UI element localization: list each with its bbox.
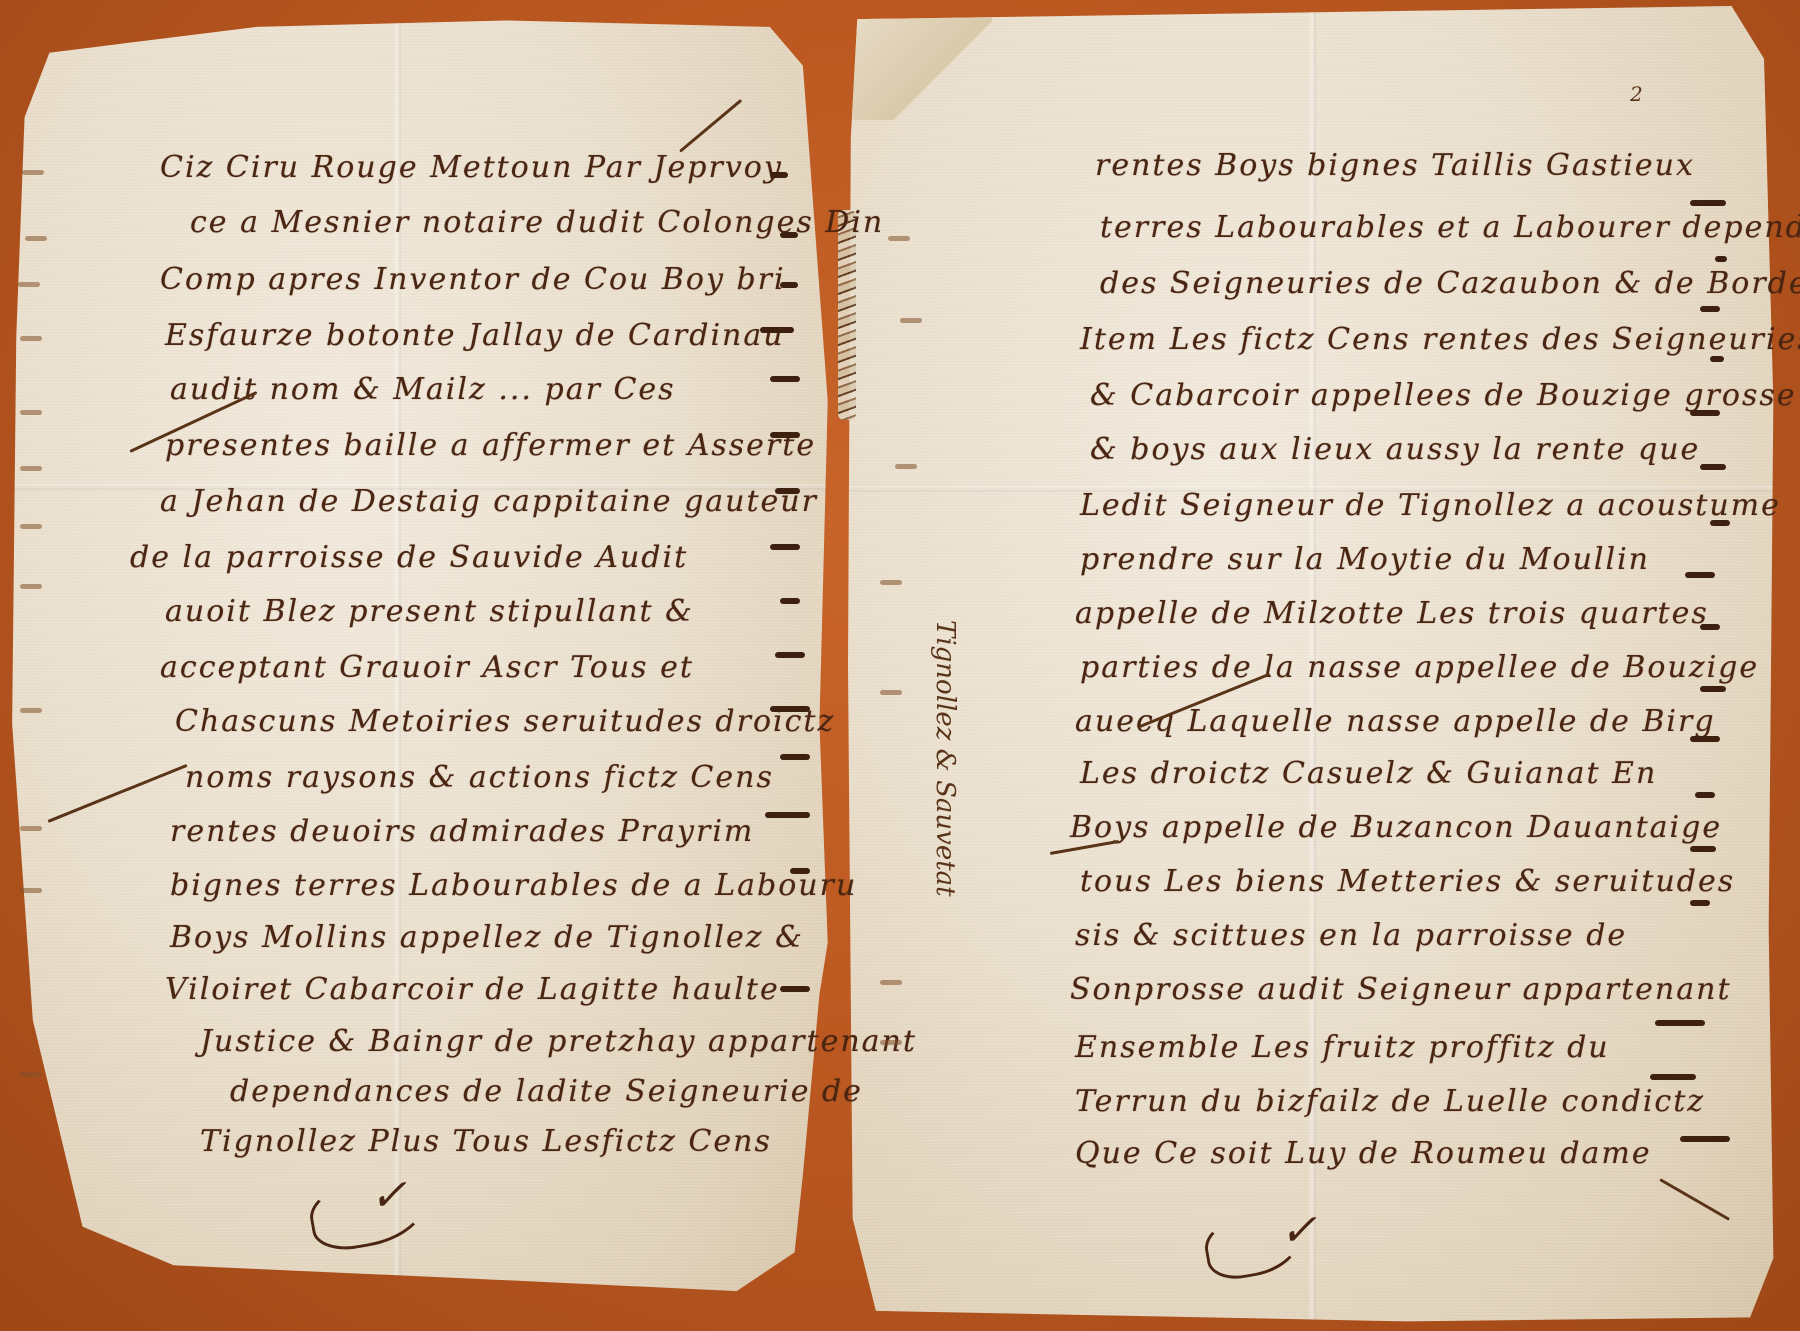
manuscript-line: auoit Blez present stipullant & (165, 594, 694, 629)
margin-mark (20, 524, 42, 529)
margin-mark (20, 826, 42, 831)
margin-mark (880, 980, 902, 985)
line-filler-dash (1700, 464, 1726, 470)
line-filler-dash (1655, 1020, 1705, 1026)
margin-mark (900, 318, 922, 323)
signature-mark: ✓ (370, 1170, 407, 1221)
line-filler-dash (770, 172, 788, 178)
vertical-margin-note: Tignollez & Sauvetat (930, 620, 960, 897)
manuscript-line: & boys aux lieux aussy la rente que (1090, 432, 1700, 467)
margin-mark (888, 236, 910, 241)
line-filler-dash (1650, 1074, 1696, 1080)
margin-mark (20, 708, 42, 713)
manuscript-line: Boys Mollins appellez de Tignollez & (170, 920, 804, 955)
margin-mark (880, 580, 902, 585)
margin-mark (20, 336, 42, 341)
manuscript-line: Comp apres Inventor de Cou Boy bri (160, 262, 786, 297)
margin-mark (880, 1040, 902, 1045)
manuscript-line: Terrun du bizfailz de Luelle condictz (1075, 1084, 1705, 1119)
manuscript-line: sis & scittues en la parroisse de (1075, 918, 1627, 953)
manuscript-line: Esfaurze botonte Jallay de Cardinau (165, 318, 785, 353)
line-filler-dash (790, 868, 810, 874)
page-number: 2 (1630, 82, 1643, 106)
manuscript-line: Sonprosse audit Seigneur appartenant (1070, 972, 1732, 1007)
line-filler-dash (1715, 256, 1727, 262)
margin-mark (25, 236, 47, 241)
line-filler-dash (775, 652, 805, 658)
line-filler-dash (780, 754, 810, 760)
manuscript-line: bignes terres Labourables de a Labouru (170, 868, 857, 903)
margin-mark (20, 1072, 42, 1077)
manuscript-line: Tignollez Plus Tous Lesfictz Cens (200, 1124, 772, 1159)
margin-mark (22, 170, 44, 175)
manuscript-line: Viloiret Cabarcoir de Lagitte haulte (165, 972, 780, 1007)
line-filler-dash (770, 544, 800, 550)
manuscript-line: parties de la nasse appellee de Bouzige (1080, 650, 1759, 685)
folded-corner (852, 10, 992, 120)
manuscript-line: Ensemble Les fruitz proffitz du (1075, 1030, 1610, 1065)
line-filler-dash (1710, 520, 1730, 526)
manuscript-line: dependances de ladite Seigneurie de (230, 1074, 863, 1109)
manuscript-line: Les droictz Casuelz & Guianat En (1080, 756, 1657, 791)
manuscript-line: noms raysons & actions fictz Cens (185, 760, 774, 795)
line-filler-dash (760, 327, 794, 333)
line-filler-dash (780, 986, 810, 992)
line-filler-dash (775, 488, 800, 494)
line-filler-dash (1690, 410, 1720, 416)
manuscript-line: Ledit Seigneur de Tignollez a acoustume (1080, 488, 1781, 523)
signature-mark: ✓ (1280, 1205, 1317, 1256)
line-filler-dash (1690, 846, 1716, 852)
manuscript-line: & Cabarcoir appellees de Bouzige grosse (1090, 378, 1797, 413)
manuscript-line: Justice & Baingr de pretzhay appartenant (200, 1024, 917, 1059)
manuscript-line: tous Les biens Metteries & seruitudes (1080, 864, 1735, 899)
margin-mark (20, 888, 42, 893)
margin-mark (20, 410, 42, 415)
margin-mark (20, 584, 42, 589)
line-filler-dash (1685, 572, 1715, 578)
manuscript-line: appelle de Milzotte Les trois quartes (1075, 596, 1709, 631)
manuscript-line: terres Labourables et a Labourer dependa… (1100, 210, 1800, 245)
line-filler-dash (1700, 624, 1720, 630)
margin-mark (20, 466, 42, 471)
manuscript-line: prendre sur la Moytie du Moullin (1080, 542, 1650, 577)
manuscript-line: Item Les fictz Cens rentes des Seigneuri… (1080, 322, 1800, 357)
line-filler-dash (1690, 200, 1726, 206)
manuscript-line: acceptant Grauoir Ascr Tous et (160, 650, 694, 685)
line-filler-dash (765, 812, 810, 818)
manuscript-line: auecq Laquelle nasse appelle de Birg (1075, 704, 1716, 739)
line-filler-dash (1690, 736, 1720, 742)
line-filler-dash (1700, 306, 1720, 312)
line-filler-dash (780, 598, 800, 604)
line-filler-dash (770, 706, 810, 712)
manuscript-line: de la parroisse de Sauvide Audit (130, 540, 688, 575)
manuscript-line: Boys appelle de Buzancon Dauantaige (1070, 810, 1722, 845)
line-filler-dash (1710, 356, 1724, 362)
line-filler-dash (770, 432, 800, 438)
manuscript-line: Ciz Ciru Rouge Mettoun Par Jeprvoy (160, 150, 783, 185)
manuscript-line: rentes deuoirs admirades Prayrim (170, 814, 754, 849)
manuscript-line: presentes baille a affermer et Asserte (165, 428, 816, 463)
manuscript-line: Chascuns Metoiries seruitudes droictz (175, 704, 835, 739)
manuscript-line: rentes Boys bignes Taillis Gastieux (1095, 148, 1695, 183)
binding-thread (838, 210, 856, 420)
margin-mark (895, 464, 917, 469)
line-filler-dash (1695, 792, 1715, 798)
line-filler-dash (1700, 686, 1726, 692)
line-filler-dash (1690, 900, 1710, 906)
margin-mark (18, 282, 40, 287)
manuscript-line: a Jehan de Destaig cappitaine gauteur (160, 484, 818, 519)
manuscript-line: Que Ce soit Luy de Roumeu dame (1075, 1136, 1652, 1171)
line-filler-dash (1680, 1136, 1730, 1142)
manuscript-line: audit nom & Mailz ... par Ces (170, 372, 676, 407)
manuscript-line: des Seigneuries de Cazaubon & de Borden (1100, 266, 1800, 301)
line-filler-dash (780, 232, 798, 238)
line-filler-dash (770, 376, 800, 382)
margin-mark (880, 690, 902, 695)
line-filler-dash (780, 282, 798, 288)
